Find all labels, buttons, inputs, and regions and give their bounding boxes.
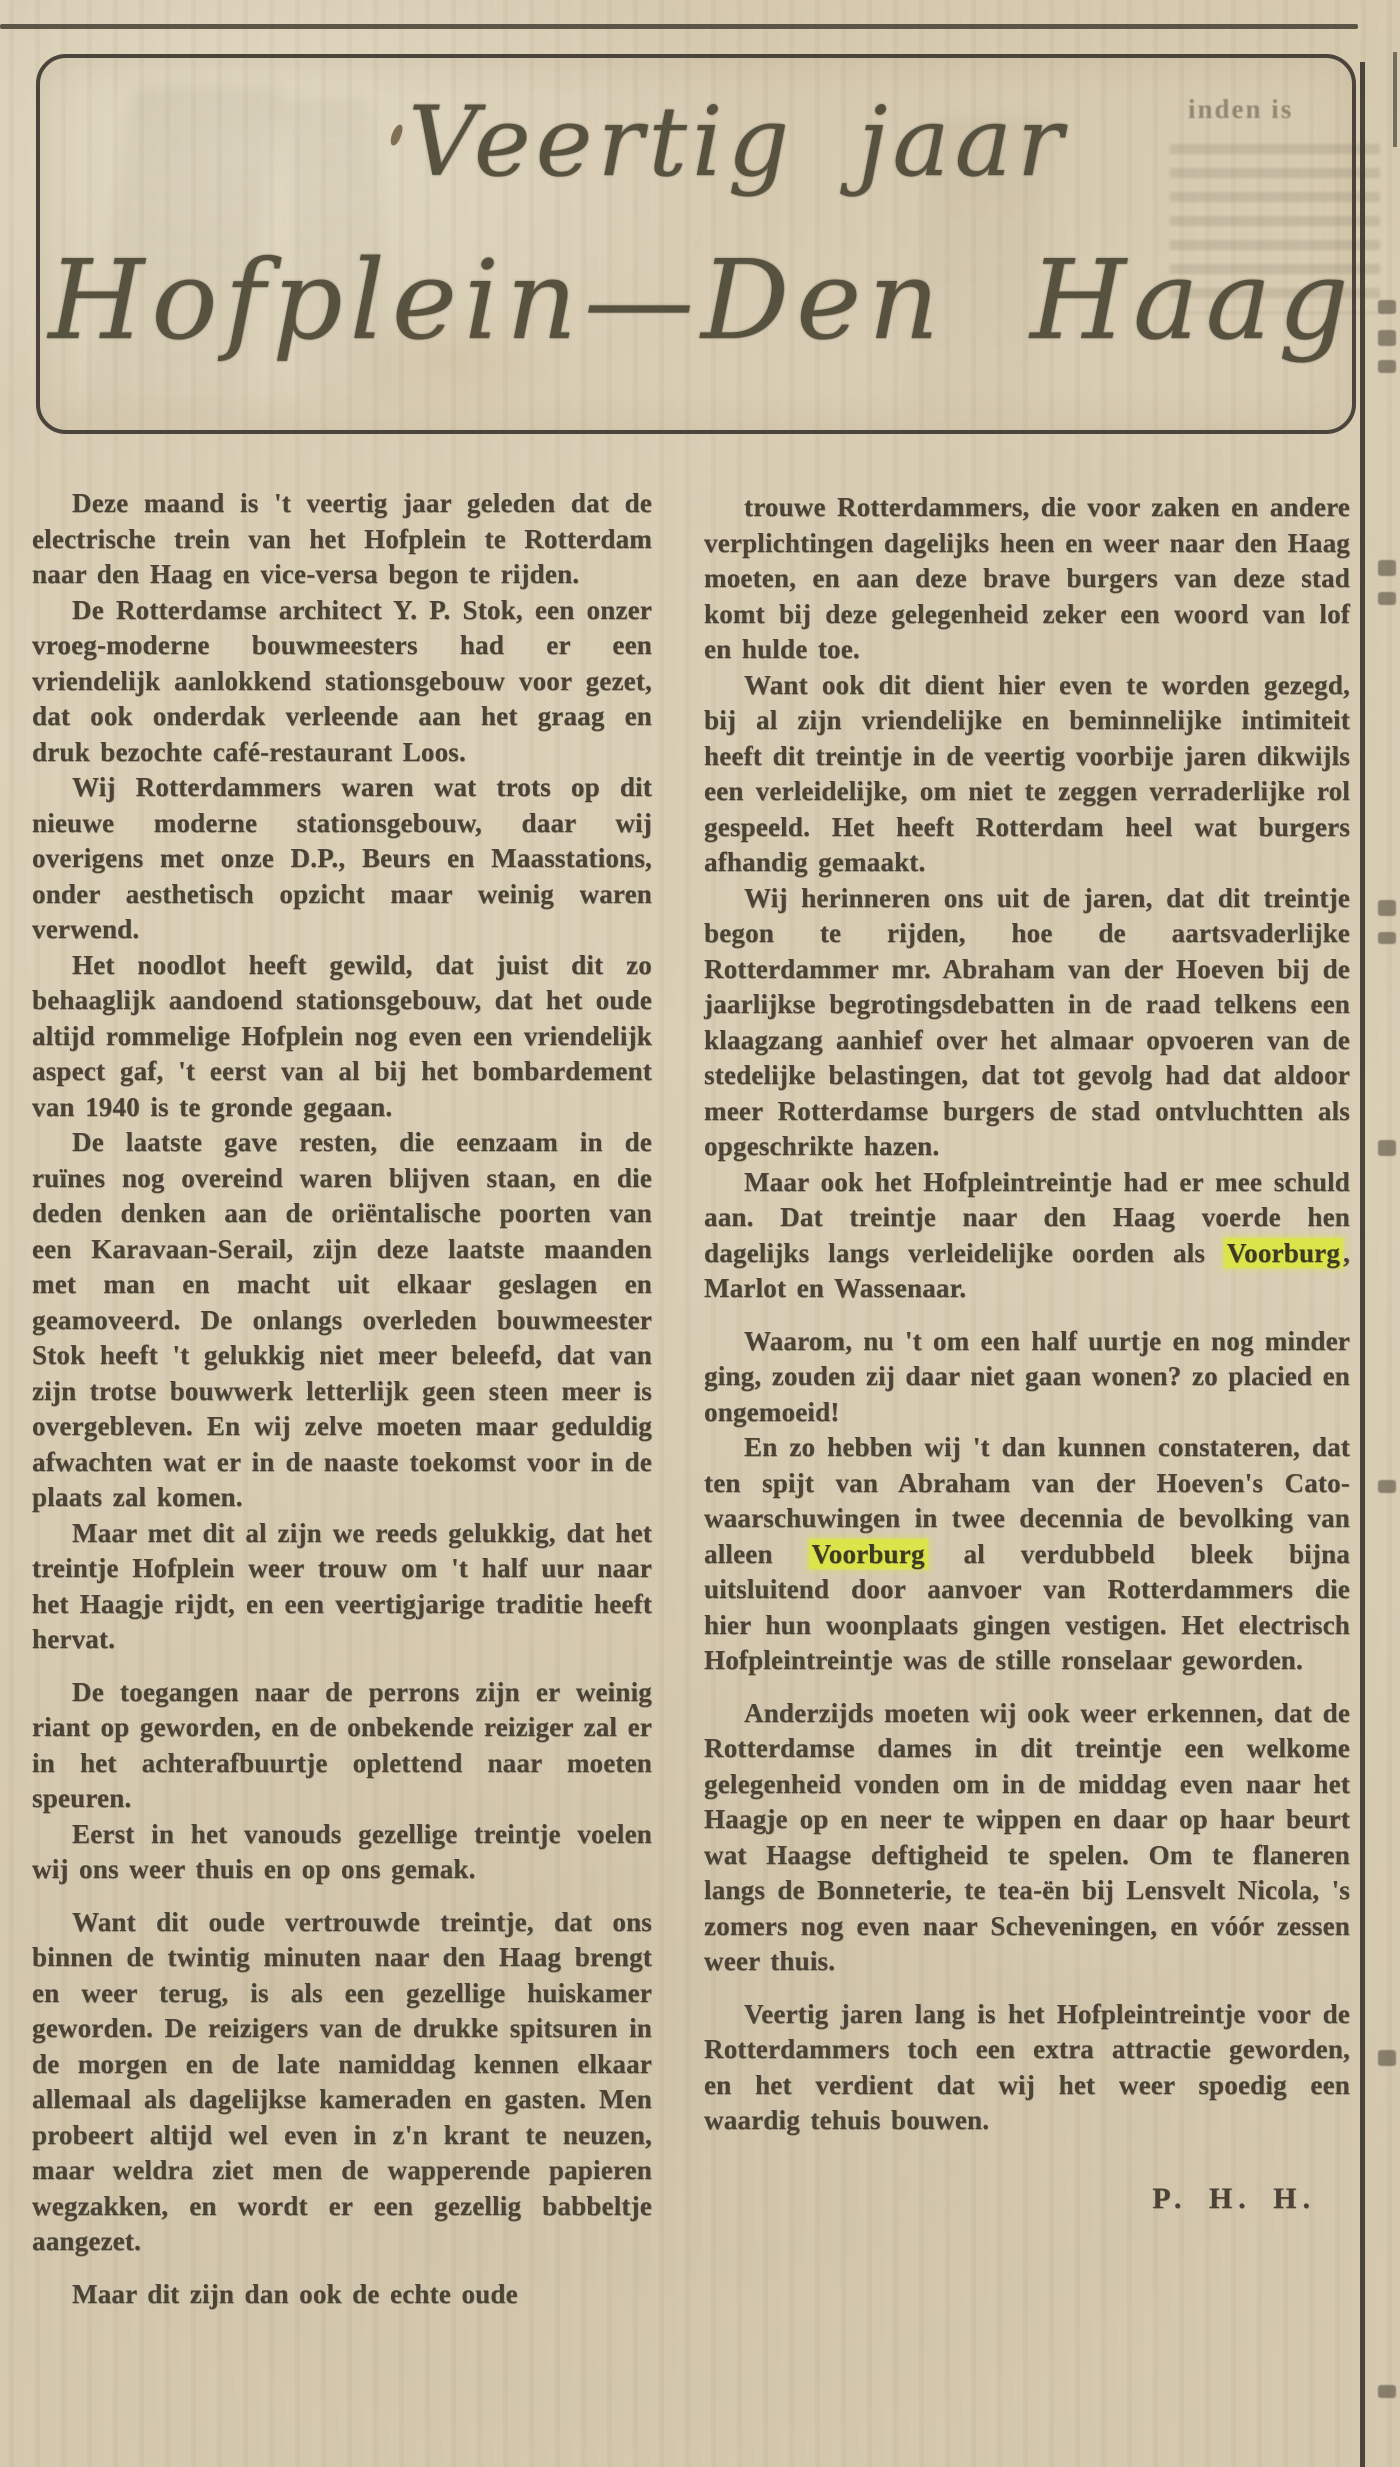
text-segment: Maar dit zijn dan ook de echte oude xyxy=(72,2279,518,2309)
cut-text-fragment xyxy=(1378,1140,1396,1156)
paragraph: Maar met dit al zijn we reeds gelukkig, … xyxy=(32,1516,652,1658)
cut-text-fragment xyxy=(1378,360,1396,373)
text-segment: De laatste gave resten, die eenzaam in d… xyxy=(32,1127,652,1512)
paragraph: Het noodlot heeft gewild, dat juist dit … xyxy=(32,948,652,1126)
paragraph: Maar ook het Hofpleintreintje had er mee… xyxy=(704,1165,1350,1307)
paragraph: De toegangen naar de perrons zijn er wei… xyxy=(32,1675,652,1817)
text-segment: Anderzijds moeten wij ook weer erkennen,… xyxy=(704,1698,1350,1977)
cut-text-fragment xyxy=(1378,560,1396,576)
text-segment: Deze maand is 't veertig jaar geleden da… xyxy=(32,488,652,589)
text-segment: De Rotterdamse architect Y. P. Stok, een… xyxy=(32,595,652,767)
cut-text-fragment xyxy=(1378,2050,1396,2066)
paragraph: De Rotterdamse architect Y. P. Stok, een… xyxy=(32,593,652,771)
cut-text-fragment xyxy=(1378,300,1396,314)
edge-rule-fragment xyxy=(1393,52,1397,147)
cut-text-fragment xyxy=(1378,592,1396,605)
left-column: Deze maand is 't veertig jaar geleden da… xyxy=(32,486,652,2312)
paragraph: trouwe Rotterdammers, die voor zaken en … xyxy=(704,490,1350,668)
text-segment: Want dit oude vertrouwde treintje, dat o… xyxy=(32,1907,652,2257)
text-segment: Want ook dit dient hier even te worden g… xyxy=(704,670,1350,878)
top-horizontal-rule xyxy=(0,24,1358,29)
paragraph: Eerst in het vanouds gezellige treintje … xyxy=(32,1817,652,1888)
text-segment: Waarom, nu 't om een half uurtje en nog … xyxy=(704,1326,1350,1427)
paragraph: Anderzijds moeten wij ook weer erkennen,… xyxy=(704,1696,1350,1980)
paragraph: De laatste gave resten, die eenzaam in d… xyxy=(32,1125,652,1516)
right-column: trouwe Rotterdammers, die voor zaken en … xyxy=(704,490,1350,2216)
paragraph: Deze maand is 't veertig jaar geleden da… xyxy=(32,486,652,593)
cut-text-fragment xyxy=(1378,1480,1396,1493)
cut-text-fragment xyxy=(1378,330,1396,346)
text-segment: trouwe Rotterdammers, die voor zaken en … xyxy=(704,492,1350,664)
text-segment: Eerst in het vanouds gezellige treintje … xyxy=(32,1819,652,1885)
text-segment: De toegangen naar de perrons zijn er wei… xyxy=(32,1677,652,1814)
paragraph: Wij Rotterdammers waren wat trots op dit… xyxy=(32,770,652,948)
paragraph: Waarom, nu 't om een half uurtje en nog … xyxy=(704,1324,1350,1431)
paragraph: Veertig jaren lang is het Hofpleintreint… xyxy=(704,1997,1350,2139)
highlighted-text: Voorburg xyxy=(1224,1238,1343,1268)
cut-text-fragment xyxy=(1378,932,1396,944)
paragraph: Maar dit zijn dan ook de echte oude xyxy=(32,2277,652,2313)
text-segment: Maar met dit al zijn we reeds gelukkig, … xyxy=(32,1518,652,1655)
article-title-box: inden is Veertig jaar Hofplein—Den Haag xyxy=(36,54,1356,434)
paragraph: Want dit oude vertrouwde treintje, dat o… xyxy=(32,1905,652,2260)
text-segment: Wij herinneren ons uit de jaren, dat dit… xyxy=(704,883,1350,1162)
paragraph: Want ook dit dient hier even te worden g… xyxy=(704,668,1350,881)
highlighted-text: Voorburg xyxy=(809,1539,928,1569)
paragraph: Wij herinneren ons uit de jaren, dat dit… xyxy=(704,881,1350,1165)
text-segment: Het noodlot heeft gewild, dat juist dit … xyxy=(32,950,652,1122)
cut-text-fragment xyxy=(1378,900,1396,916)
newspaper-clipping: inden is Veertig jaar Hofplein—Den Haag … xyxy=(0,0,1400,2467)
article-title-line2: Hofplein—Den Haag xyxy=(46,236,1358,364)
text-segment: Wij Rotterdammers waren wat trots op dit… xyxy=(32,772,652,944)
article-title-line1: Veertig jaar xyxy=(82,86,1394,198)
paragraph: En zo hebben wij 't dan kunnen constater… xyxy=(704,1430,1350,1679)
cut-text-fragment xyxy=(1378,2385,1396,2398)
column-divider-rule xyxy=(1360,62,1365,2467)
author-initials: P. H. H. xyxy=(704,2181,1350,2217)
text-segment: Veertig jaren lang is het Hofpleintreint… xyxy=(704,1999,1350,2136)
